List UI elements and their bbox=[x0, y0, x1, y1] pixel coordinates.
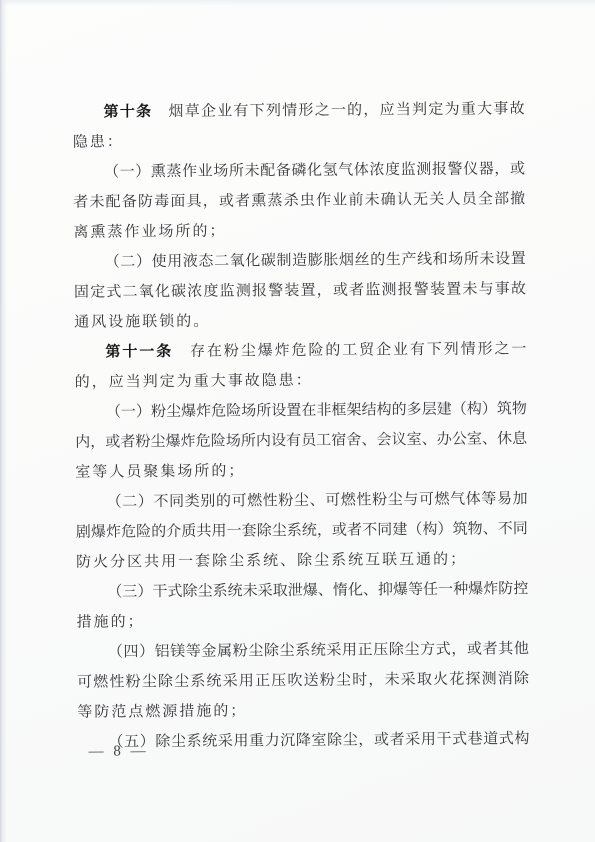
doc-line: 固定式二氧化碳浓度监测报警装置，或者监测报警装置未与事故 bbox=[74, 274, 526, 308]
doc-line: （二）使用液态二氧化碳制造膨胀烟丝的生产线和场所未设置 bbox=[74, 244, 526, 278]
document-page: 第十条 烟草企业有下列情形之一的，应当判定为重大事故 隐患： （一）熏蒸作业场所… bbox=[0, 0, 595, 842]
document-body: 第十条 烟草企业有下列情形之一的，应当判定为重大事故 隐患： （一）熏蒸作业场所… bbox=[72, 94, 529, 758]
page-number: — 8 — bbox=[89, 743, 149, 760]
doc-line: 的，应当判定为重大事故隐患： bbox=[75, 364, 527, 398]
doc-line: 离熏蒸作业场所的； bbox=[73, 214, 525, 248]
doc-line: 防火分区共用一套除尘系统、除尘系统互联互通的； bbox=[76, 544, 528, 578]
doc-line: 通风设施联锁的。 bbox=[74, 304, 526, 338]
doc-line-text: 存在粉尘爆炸危险的工贸企业有下列情形之一 bbox=[173, 341, 526, 360]
doc-line: 室等人员聚集场所的； bbox=[75, 454, 527, 488]
article-11-number: 第十一条 bbox=[105, 343, 173, 361]
doc-line: 内，或者粉尘爆炸危险场所内设有员工宿舍、会议室、办公室、休息 bbox=[75, 424, 527, 458]
article-10-heading-line: 第十条 烟草企业有下列情形之一的，应当判定为重大事故 bbox=[72, 94, 524, 128]
doc-line: （三）干式除尘系统未采取泄爆、惰化、抑爆等任一种爆炸防控 bbox=[76, 574, 528, 608]
doc-line: （二）不同类别的可燃性粉尘、可燃性粉尘与可燃气体等易加 bbox=[76, 484, 528, 518]
doc-line: 隐患： bbox=[73, 124, 525, 158]
doc-line-text: 烟草企业有下列情形之一的，应当判定为重大事故 bbox=[152, 101, 524, 120]
doc-line: 措施的； bbox=[76, 604, 528, 638]
article-10-number: 第十条 bbox=[104, 103, 153, 120]
article-11-heading-line: 第十一条 存在粉尘爆炸危险的工贸企业有下列情形之一 bbox=[74, 334, 526, 368]
doc-line: 等防范点燃源措施的； bbox=[77, 694, 529, 728]
doc-line: （一）粉尘爆炸危险场所设置在非框架结构的多层建（构）筑物 bbox=[75, 394, 527, 428]
doc-line: （四）铝镁等金属粉尘除尘系统采用正压除尘方式，或者其他 bbox=[77, 634, 529, 668]
doc-line: （一）熏蒸作业场所未配备磷化氢气体浓度监测报警仪器，或 bbox=[73, 154, 525, 188]
scanned-text-area: 第十条 烟草企业有下列情形之一的，应当判定为重大事故 隐患： （一）熏蒸作业场所… bbox=[0, 0, 595, 842]
doc-line: 剧爆炸危险的介质共用一套除尘系统，或者不同建（构）筑物、不同 bbox=[76, 514, 528, 548]
doc-line: 可燃性粉尘除尘系统采用正压吹送粉尘时，未采取火花探测消除 bbox=[77, 664, 529, 698]
doc-line: 者未配备防毒面具，或者熏蒸杀虫作业前未确认无关人员全部撤 bbox=[73, 184, 525, 218]
